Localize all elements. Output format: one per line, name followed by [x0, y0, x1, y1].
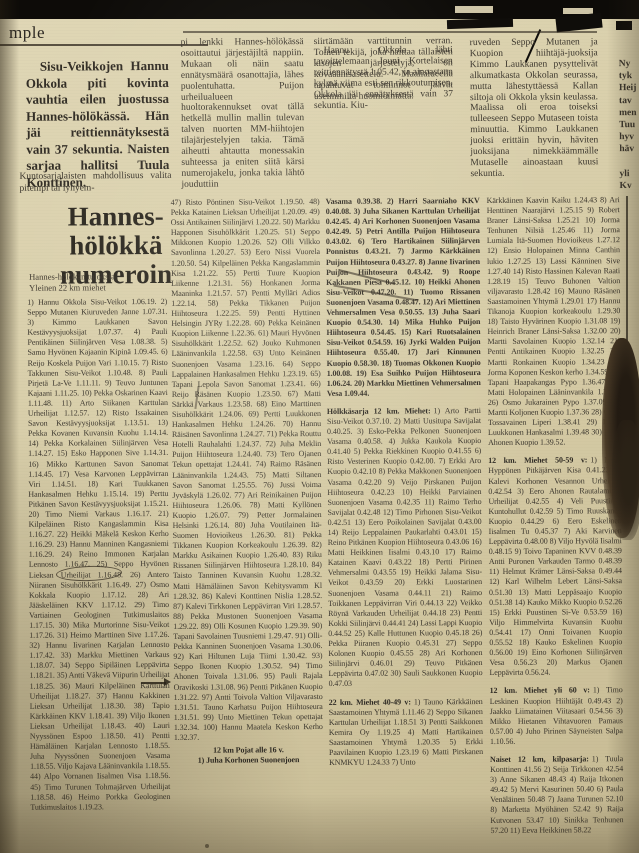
clipped-adjacent-column: Ny tyk Heij tav men Tuu hyv häv yli Ky o…: [619, 58, 638, 188]
article-column-3: siirtämään varttitunnin verran. Toinen t…: [314, 36, 453, 111]
pen-arrow-annotation: [141, 682, 166, 684]
results-column-4: Kärkkäinen Kaavin Kaiku 1.24.43 8) Ari H…: [487, 195, 624, 836]
section-heading: 12 km. Miehet 50-59 v:: [488, 456, 587, 466]
section-heading: 12 km. Miehet yli 60 v:: [490, 686, 590, 696]
results-column-3: Vasama 0.39.38. 2) Harri Saarniaho KKV 0…: [326, 196, 483, 768]
article-paragraph: siirtämään varttitunnin verran. Toinen t…: [314, 36, 453, 102]
results-text: 1) Tauno Kärkkäinen Saastamoinen Yhtymä …: [329, 697, 483, 768]
article-column-4: ruveden Seppo Mutanen ja Kuopion hiihtäj…: [470, 37, 599, 180]
results-section: 12 km. Miehet 50-59 v:1) Matti Hyppönen …: [488, 456, 622, 679]
results-kicker: Hannes-hölökän tuloksia: [29, 271, 179, 282]
section-heading: 22 km. Miehet 40-49 v:: [329, 697, 411, 707]
article-lead-continuation: Kuntosarjalaisten mahdollisuus valita pi…: [19, 171, 171, 195]
results-section: 12 km. Miehet yli 60 v:1) Timo Leskinen …: [490, 686, 623, 747]
results-column-2: 47) Risto Pöntinen Sisu-Veikot 1.19.50. …: [171, 197, 323, 766]
results-section: 22 km. Miehet 40-49 v:1) Tauno Kärkkäine…: [329, 697, 483, 769]
results-text: 47) Risto Pöntinen Sisu-Veikot 1.19.50. …: [171, 197, 323, 743]
results-category: Yleinen 22 km miehet: [29, 282, 179, 293]
pen-arrow-head: [164, 678, 171, 686]
results-text: Kärkkäinen Kaavin Kaiku 1.24.43 8) Ari H…: [487, 195, 622, 448]
newspaper-photo: mple Sisu-Veikkojen Hannu Okkola piti ko…: [0, 0, 639, 853]
results-section: Naiset 12 km, kilpasarja:1) Tuula Kontti…: [490, 754, 623, 836]
results-text: 1) Arto Partti Sisu-Veikot 0.37.10. 2) M…: [327, 406, 483, 688]
results-text: 1) Tuula Konttinen 41.56 2) Seija Tirkko…: [490, 754, 623, 834]
results-text: 1) Matti Hyppönen Pitkäjärven Kisa 0.41.…: [488, 456, 622, 678]
results-section: Hölkkäsarja 12 km. Miehet:1) Arto Partti…: [327, 406, 483, 690]
article-column-2: pi lenkki Hannes-hölökässä osoittautui j…: [181, 37, 305, 190]
section-heading: Naiset 12 km, kilpasarja:: [490, 754, 589, 764]
section-heading: Hölkkäsarja 12 km. Miehet:: [327, 406, 431, 416]
results-text: 1) Juha Korhonen Suonenjoen: [174, 755, 323, 766]
adjacent-page-photo-blob: [612, 420, 639, 540]
newspaper-page: Sisu-Veikkojen Hannu Okkola piti kovinta…: [0, 0, 639, 853]
ink-dot: [205, 844, 209, 848]
results-column-1: 1) Hannu Okkola Sisu-Veikot 1.06.19. 2) …: [27, 297, 170, 813]
